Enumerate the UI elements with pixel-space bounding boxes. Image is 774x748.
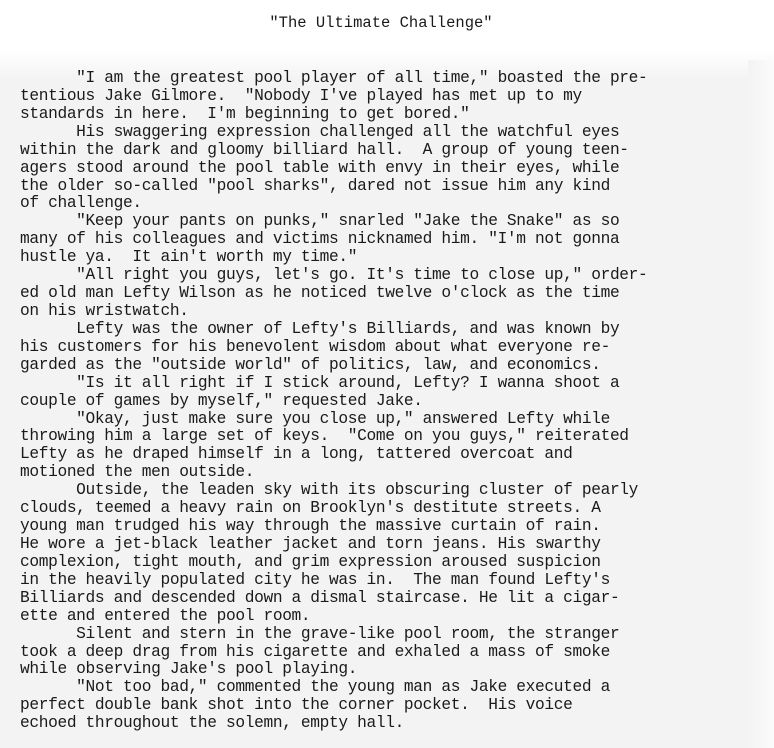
text-line: the older so-called "pool sharks", dared… <box>20 178 760 196</box>
text-line: agers stood around the pool table with e… <box>20 160 760 178</box>
text-line: clouds, teemed a heavy rain on Brooklyn'… <box>20 500 760 518</box>
text-line: echoed throughout the solemn, empty hall… <box>20 715 760 733</box>
text-line: "Is it all right if I stick around, Left… <box>20 375 760 393</box>
text-line: took a deep drag from his cigarette and … <box>20 644 760 662</box>
text-line: Lefty was the owner of Lefty's Billiards… <box>20 321 760 339</box>
text-line: He wore a jet-black leather jacket and t… <box>20 536 760 554</box>
text-line: "All right you guys, let's go. It's time… <box>20 267 760 285</box>
text-line: while observing Jake's pool playing. <box>20 661 760 679</box>
text-line: Outside, the leaden sky with its obscuri… <box>20 482 760 500</box>
text-line: hustle ya. It ain't worth my time." <box>20 249 760 267</box>
text-line: throwing him a large set of keys. "Come … <box>20 428 760 446</box>
text-line: many of his colleagues and victims nickn… <box>20 231 760 249</box>
text-line: within the dark and gloomy billiard hall… <box>20 142 760 160</box>
text-line: "Okay, just make sure you close up," ans… <box>20 411 760 429</box>
text-line: motioned the men outside. <box>20 464 760 482</box>
text-line: on his wristwatch. <box>20 303 760 321</box>
text-line: couple of games by myself," requested Ja… <box>20 393 760 411</box>
text-line: ette and entered the pool room. <box>20 608 760 626</box>
story-body: "I am the greatest pool player of all ti… <box>20 70 760 733</box>
text-line: "I am the greatest pool player of all ti… <box>20 70 760 88</box>
text-line: Billiards and descended down a dismal st… <box>20 590 760 608</box>
text-line: "Keep your pants on punks," snarled "Jak… <box>20 213 760 231</box>
text-line: His swaggering expression challenged all… <box>20 124 760 142</box>
text-line: standards in here. I'm beginning to get … <box>20 106 760 124</box>
text-line: ed old man Lefty Wilson as he noticed tw… <box>20 285 760 303</box>
text-line: Silent and stern in the grave-like pool … <box>20 626 760 644</box>
text-line: in the heavily populated city he was in.… <box>20 572 760 590</box>
text-line: his customers for his benevolent wisdom … <box>20 339 760 357</box>
text-line: Lefty as he draped himself in a long, ta… <box>20 446 760 464</box>
text-line: of challenge. <box>20 195 760 213</box>
text-line: garded as the "outside world" of politic… <box>20 357 760 375</box>
text-line: "Not too bad," commented the young man a… <box>20 679 760 697</box>
text-line: tentious Jake Gilmore. "Nobody I've play… <box>20 88 760 106</box>
text-line: perfect double bank shot into the corner… <box>20 697 760 715</box>
text-line: complexion, tight mouth, and grim expres… <box>20 554 760 572</box>
text-line: young man trudged his way through the ma… <box>20 518 760 536</box>
story-title: "The Ultimate Challenge" <box>0 14 768 32</box>
